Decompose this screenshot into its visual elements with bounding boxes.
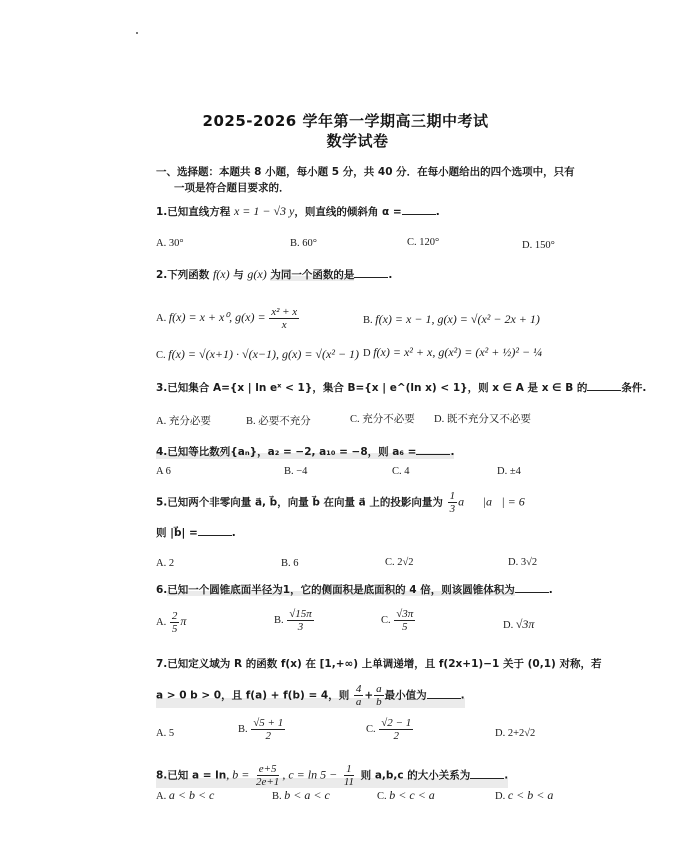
question-1-option-d: D. 150° [522, 240, 555, 251]
answer-blank[interactable] [470, 768, 504, 779]
question-1-option-a: A. 30° [156, 238, 184, 249]
question-4-stem: 4.已知等比数列{aₙ}，a₂ = −2, a₁₀ = −8，则 a₆ =. [156, 444, 454, 459]
question-8-option-a: A. a < b < c [156, 788, 214, 803]
exam-subtitle: 数学试卷 [12, 130, 691, 151]
question-8-option-b: B. b < a < c [272, 788, 330, 803]
question-1-option-b: B. 60° [290, 238, 317, 249]
question-2-option-a: A. f(x) = x + x⁰, g(x) = x² + xx [156, 306, 300, 331]
question-3-option-a: A. 充分必要 [156, 413, 211, 428]
question-6-option-c: C. √3π5 [381, 608, 416, 633]
question-5-stem-line2: 则 |b⃗| =. [156, 525, 236, 540]
answer-blank[interactable] [587, 380, 621, 391]
answer-blank[interactable] [416, 444, 450, 455]
question-6-option-d: D. √3π [503, 617, 534, 632]
question-4-option-b: B. −4 [284, 466, 307, 477]
question-2-option-c: C. f(x) = √(x+1) · √(x−1), g(x) = √(x² −… [156, 347, 359, 362]
question-7-option-a: A. 5 [156, 728, 174, 739]
question-4-option-c: C. 4 [392, 466, 410, 477]
answer-blank[interactable] [515, 582, 549, 593]
section-instructions-line1: 一、选择题：本题共 8 小题，每小题 5 分，共 40 分．在每小题给出的四个选… [156, 164, 575, 179]
question-8-option-c: C. b < c < a [377, 788, 435, 803]
question-8-option-d: D. c < b < a [495, 788, 553, 803]
question-3-option-b: B. 必要不充分 [246, 413, 311, 428]
question-8-stem: 8.已知 a = ln, b = e+52e+1, c = ln 5 − 111… [156, 763, 508, 788]
question-5-option-d: D. 3√2 [508, 557, 537, 568]
question-3-option-c: C. 充分不必要 [350, 411, 415, 426]
question-1-option-c: C. 120° [407, 237, 439, 248]
question-7-option-d: D. 2+2√2 [495, 728, 535, 739]
question-7-option-b: B. √5 + 12 [238, 717, 286, 742]
answer-blank[interactable] [198, 525, 232, 536]
question-2-option-b: B. f(x) = x − 1, g(x) = √(x² − 2x + 1) [363, 312, 540, 327]
exam-page: 2025-2026 学年第一学期高三期中考试 数学试卷 一、选择题：本题共 8 … [0, 0, 691, 854]
answer-blank[interactable] [427, 688, 461, 699]
question-3-option-d: D. 既不充分又不必要 [434, 411, 531, 426]
answer-blank[interactable] [354, 267, 388, 278]
exam-title: 2025-2026 学年第一学期高三期中考试 [0, 110, 691, 131]
question-3-stem: 3.已知集合 A={x | ln eˣ < 1}，集合 B={x | e^(ln… [156, 380, 646, 395]
answer-blank[interactable] [402, 204, 436, 215]
section-instructions-line2: 一项是符合题目要求的． [174, 180, 290, 195]
question-5-option-b: B. 6 [281, 558, 299, 569]
question-2-option-d: D f(x) = x² + x, g(x²) = (x² + ½)² − ¼ [363, 345, 542, 360]
question-5-option-c: C. 2√2 [385, 557, 414, 568]
question-6-stem: 6.已知一个圆锥底面半径为1，它的侧面积是底面积的 4 倍，则该圆锥体积为. [156, 582, 553, 597]
question-4-option-a: A 6 [156, 466, 171, 477]
question-7-stem-line2: a > 0 b > 0，且 f(a) + f(b) = 4，则 4a+ab最小值… [156, 683, 465, 708]
question-6-option-b: B. √15π3 [274, 608, 315, 633]
question-5-stem: 5.已知两个非零向量 a⃗, b⃗，向量 b⃗ 在向量 a⃗ 上的投影向量为 1… [156, 490, 534, 515]
question-1-stem: 1.已知直线方程 x = 1 − √3 y，则直线的倾斜角 α =. [156, 204, 440, 219]
question-6-option-a: A. 25π [156, 610, 186, 635]
question-2-stem: 2.下列函数 f(x) 与 g(x) 为同一个函数的是. [156, 267, 392, 282]
question-4-option-d: D. ±4 [497, 466, 521, 477]
question-7-stem: 7.已知定义域为 R 的函数 f(x) 在 [1,+∞) 上单调递增，且 f(2… [156, 656, 601, 671]
question-5-option-a: A. 2 [156, 558, 174, 569]
question-1-equation: x = 1 − √3 y [234, 204, 294, 218]
scan-speck [136, 32, 138, 34]
question-7-option-c: C. √2 − 12 [366, 717, 414, 742]
